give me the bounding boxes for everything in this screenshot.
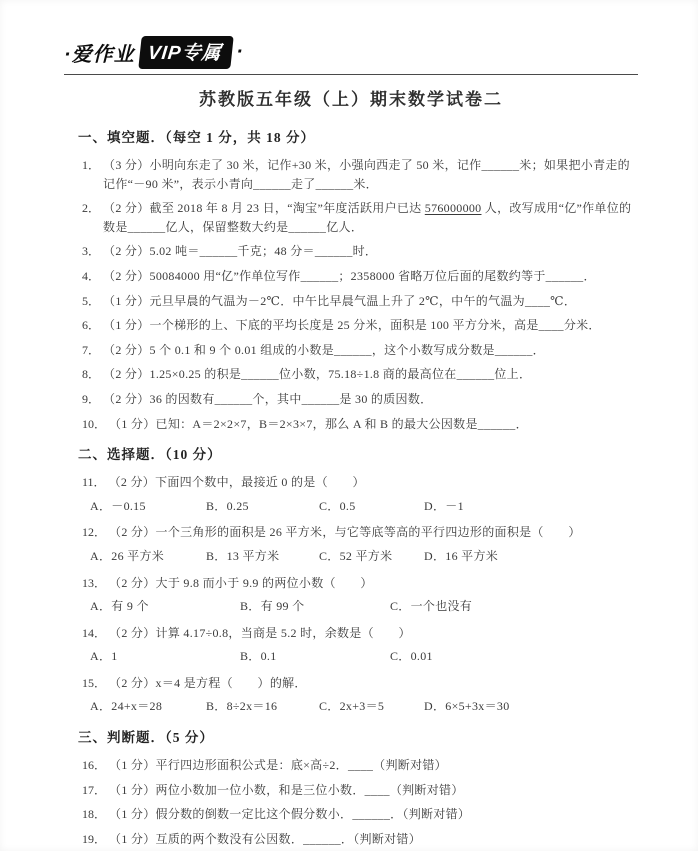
question-text: （2 分）50084000 用“亿”作单位写作______；2358000 省略… [103,267,638,286]
question-text: （2 分）下面四个数中，最接近 0 的是（ ） [109,473,638,492]
question-line: 11．（2 分）下面四个数中，最接近 0 的是（ ） [64,473,638,492]
question-number: 7． [64,341,103,360]
question-item: 4．（2 分）50084000 用“亿”作单位写作______；2358000 … [64,267,638,286]
option-C: C．0.01 [390,647,638,666]
question-number: 8． [64,365,103,384]
option-A: A．有 9 个 [90,597,240,616]
question-number: 12． [64,523,109,542]
header-divider [64,74,638,75]
question-line: 2．（2 分）截至 2018 年 8 月 23 日，“淘宝”年度活跃用户已达 5… [64,199,638,236]
question-line: 19．（1 分）互质的两个数没有公因数．______．（判断对错） [64,830,638,849]
question-number: 5． [64,292,103,311]
option-C: C．2x+3＝5 [319,697,424,716]
question-text: （2 分）36 的因数有______个，其中______是 30 的质因数． [103,390,638,409]
question-number: 11． [64,473,109,492]
section-heading: 三、判断题．（5 分） [78,726,638,746]
brand-logo: ·爱作业 VIP专属 · [64,36,638,69]
question-number: 3． [64,242,103,261]
question-text: （1 分）一个梯形的上、下底的平均长度是 25 分米，面积是 100 平方分米，… [103,316,638,335]
exam-content: 一、填空题．（每空 1 分，共 18 分）1．（3 分）小明向东走了 30 米，… [64,126,638,848]
options-row: A．26 平方米B．13 平方米C．52 平方米D．16 平方米 [90,547,638,566]
question-text: （2 分）计算 4.17÷0.8，当商是 5.2 时，余数是（ ） [109,624,638,643]
options-row: A．－0.15B．0.25C．0.5D．－1 [90,497,638,516]
question-text: （1 分）元旦早晨的气温为－2℃．中午比早晨气温上升了 2℃，中午的气温为___… [103,292,638,311]
question-line: 15．（2 分）x＝4 是方程（ ）的解． [64,674,638,693]
question-text: （2 分）一个三角形的面积是 26 平方米，与它等底等高的平行四边形的面积是（ … [109,523,638,542]
question-text: （2 分）5.02 吨＝______千克；48 分＝______时． [103,242,638,261]
question-line: 12．（2 分）一个三角形的面积是 26 平方米，与它等底等高的平行四边形的面积… [64,523,638,542]
question-line: 18．（1 分）假分数的倒数一定比这个假分数小．______．（判断对错） [64,805,638,824]
question-item: 5．（1 分）元旦早晨的气温为－2℃．中午比早晨气温上升了 2℃，中午的气温为_… [64,292,638,311]
question-number: 16． [64,756,109,775]
question-number: 13． [64,574,109,593]
options-row: A．24+x＝28B．8÷2x＝16C．2x+3＝5D．6×5+3x＝30 [90,697,638,716]
question-item: 8．（2 分）1.25×0.25 的积是______位小数，75.18÷1.8 … [64,365,638,384]
option-D: D．6×5+3x＝30 [424,697,638,716]
question-line: 8．（2 分）1.25×0.25 的积是______位小数，75.18÷1.8 … [64,365,638,384]
question-item: 15．（2 分）x＝4 是方程（ ）的解．A．24+x＝28B．8÷2x＝16C… [64,674,638,716]
question-item: 6．（1 分）一个梯形的上、下底的平均长度是 25 分米，面积是 100 平方分… [64,316,638,335]
option-B: B．0.1 [240,647,390,666]
question-line: 10．（1 分）已知：A＝2×2×7，B＝2×3×7，那么 A 和 B 的最大公… [64,415,638,434]
options-row: A．有 9 个B．有 99 个C．一个也没有 [90,597,638,616]
underlined-value: 576000000 [425,201,482,215]
question-line: 17．（1 分）两位小数加一位小数，和是三位小数．____（判断对错） [64,781,638,800]
question-item: 16．（1 分）平行四边形面积公式是：底×高÷2．____（判断对错） [64,756,638,775]
option-C: C．一个也没有 [390,597,638,616]
brand-logo-dot: · [236,41,244,64]
question-text: （2 分）截至 2018 年 8 月 23 日，“淘宝”年度活跃用户已达 576… [103,199,638,236]
option-C: C．0.5 [319,497,424,516]
question-text: （1 分）已知：A＝2×2×7，B＝2×3×7，那么 A 和 B 的最大公因数是… [109,415,638,434]
question-item: 3．（2 分）5.02 吨＝______千克；48 分＝______时． [64,242,638,261]
question-item: 12．（2 分）一个三角形的面积是 26 平方米，与它等底等高的平行四边形的面积… [64,523,638,565]
question-text: （2 分）x＝4 是方程（ ）的解． [109,674,638,693]
question-line: 6．（1 分）一个梯形的上、下底的平均长度是 25 分米，面积是 100 平方分… [64,316,638,335]
question-item: 2．（2 分）截至 2018 年 8 月 23 日，“淘宝”年度活跃用户已达 5… [64,199,638,236]
question-number: 1． [64,156,103,175]
question-text: （1 分）假分数的倒数一定比这个假分数小．______．（判断对错） [109,805,638,824]
question-text-part: （2 分）截至 2018 年 8 月 23 日，“淘宝”年度活跃用户已达 [103,201,425,215]
option-B: B．13 平方米 [206,547,319,566]
question-number: 15． [64,674,109,693]
question-line: 4．（2 分）50084000 用“亿”作单位写作______；2358000 … [64,267,638,286]
question-item: 1．（3 分）小明向东走了 30 米，记作+30 米，小强向西走了 50 米，记… [64,156,638,193]
option-A: A．1 [90,647,240,666]
question-line: 14．（2 分）计算 4.17÷0.8，当商是 5.2 时，余数是（ ） [64,624,638,643]
question-number: 4． [64,267,103,286]
question-item: 17．（1 分）两位小数加一位小数，和是三位小数．____（判断对错） [64,781,638,800]
option-A: A．26 平方米 [90,547,206,566]
exam-page: ·爱作业 VIP专属 · 苏教版五年级（上）期末数学试卷二 一、填空题．（每空 … [0,0,698,851]
brand-logo-text: ·爱作业 [64,38,135,67]
question-number: 6． [64,316,103,335]
section-heading: 一、填空题．（每空 1 分，共 18 分） [78,126,638,146]
exam-title: 苏教版五年级（上）期末数学试卷二 [64,85,638,110]
question-item: 11．（2 分）下面四个数中，最接近 0 的是（ ）A．－0.15B．0.25C… [64,473,638,515]
question-number: 9． [64,390,103,409]
question-item: 19．（1 分）互质的两个数没有公因数．______．（判断对错） [64,830,638,849]
option-B: B．有 99 个 [240,597,390,616]
question-line: 16．（1 分）平行四边形面积公式是：底×高÷2．____（判断对错） [64,756,638,775]
question-line: 13．（2 分）大于 9.8 而小于 9.9 的两位小数（ ） [64,574,638,593]
option-C: C．52 平方米 [319,547,424,566]
question-text: （2 分）大于 9.8 而小于 9.9 的两位小数（ ） [109,574,638,593]
question-item: 14．（2 分）计算 4.17÷0.8，当商是 5.2 时，余数是（ ）A．1B… [64,624,638,666]
option-A: A．－0.15 [90,497,206,516]
question-text: （1 分）互质的两个数没有公因数．______．（判断对错） [109,830,638,849]
question-item: 9．（2 分）36 的因数有______个，其中______是 30 的质因数． [64,390,638,409]
question-text: （2 分）1.25×0.25 的积是______位小数，75.18÷1.8 商的… [103,365,638,384]
question-line: 3．（2 分）5.02 吨＝______千克；48 分＝______时． [64,242,638,261]
options-row: A．1B．0.1C．0.01 [90,647,638,666]
vip-badge: VIP专属 [138,36,233,69]
question-text: （3 分）小明向东走了 30 米，记作+30 米，小强向西走了 50 米，记作_… [103,156,638,193]
question-text: （1 分）平行四边形面积公式是：底×高÷2．____（判断对错） [109,756,638,775]
question-number: 17． [64,781,109,800]
question-number: 10． [64,415,109,434]
question-number: 2． [64,199,103,218]
question-line: 9．（2 分）36 的因数有______个，其中______是 30 的质因数． [64,390,638,409]
question-number: 19． [64,830,109,849]
section-heading: 二、选择题．（10 分） [78,443,638,463]
option-B: B．8÷2x＝16 [206,697,319,716]
option-D: D．－1 [424,497,638,516]
question-line: 5．（1 分）元旦早晨的气温为－2℃．中午比早晨气温上升了 2℃，中午的气温为_… [64,292,638,311]
question-item: 13．（2 分）大于 9.8 而小于 9.9 的两位小数（ ）A．有 9 个B．… [64,574,638,616]
question-text: （1 分）两位小数加一位小数，和是三位小数．____（判断对错） [109,781,638,800]
option-B: B．0.25 [206,497,319,516]
question-item: 18．（1 分）假分数的倒数一定比这个假分数小．______．（判断对错） [64,805,638,824]
option-A: A．24+x＝28 [90,697,206,716]
question-text: （2 分）5 个 0.1 和 9 个 0.01 组成的小数是______，这个小… [103,341,638,360]
question-number: 18． [64,805,109,824]
question-number: 14． [64,624,109,643]
question-item: 10．（1 分）已知：A＝2×2×7，B＝2×3×7，那么 A 和 B 的最大公… [64,415,638,434]
question-line: 7．（2 分）5 个 0.1 和 9 个 0.01 组成的小数是______，这… [64,341,638,360]
question-line: 1．（3 分）小明向东走了 30 米，记作+30 米，小强向西走了 50 米，记… [64,156,638,193]
option-D: D．16 平方米 [424,547,638,566]
question-item: 7．（2 分）5 个 0.1 和 9 个 0.01 组成的小数是______，这… [64,341,638,360]
